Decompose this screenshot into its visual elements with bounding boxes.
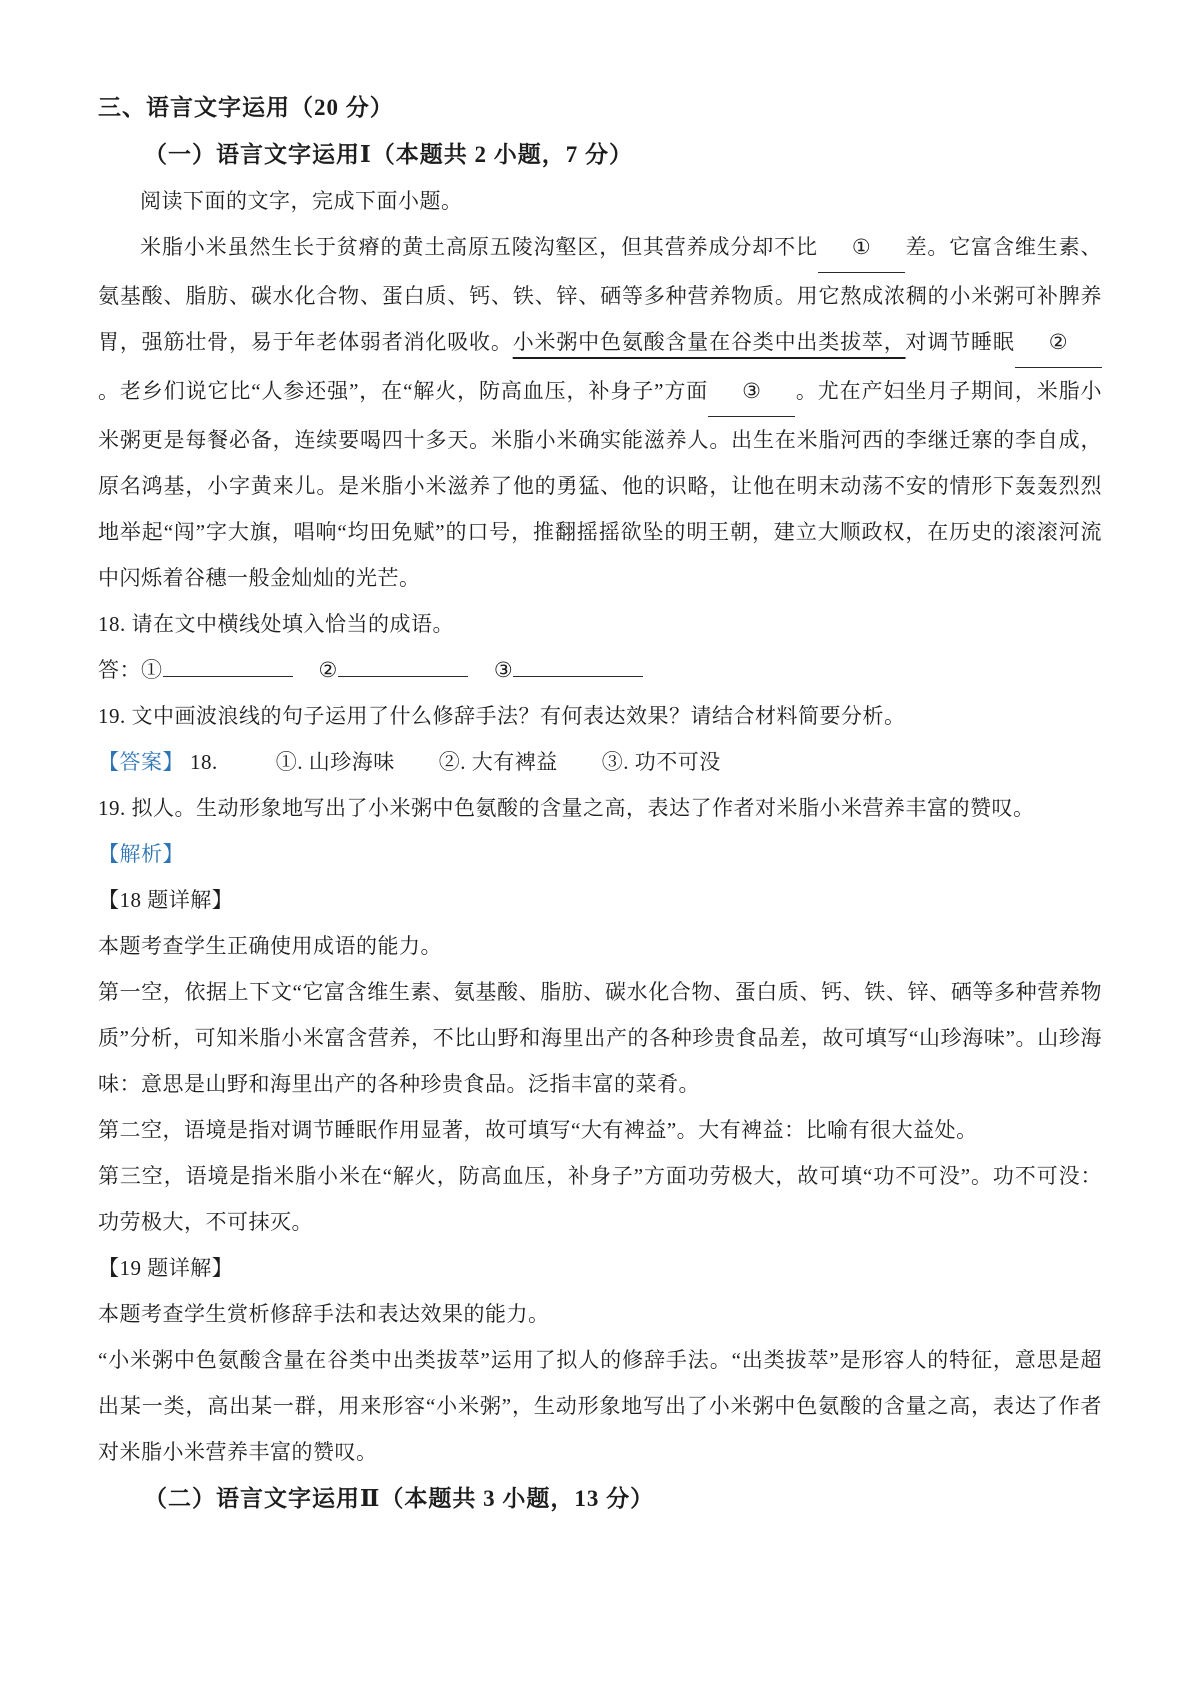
question-19: 19. 文中画波浪线的句子运用了什么修辞手法？有何表达效果？请结合材料简要分析。 bbox=[98, 693, 1102, 739]
detail-18-p1: 本题考查学生正确使用成语的能力。 bbox=[98, 923, 1102, 969]
answer-blank-1-number: ① bbox=[141, 658, 163, 682]
answer-item-1: ①. 山珍海味 bbox=[276, 750, 395, 774]
answer-item-3: ③. 功不可没 bbox=[602, 750, 721, 774]
answer-item-2: ②. 大有裨益 bbox=[439, 750, 558, 774]
passage-seg4: 。老乡们说它比“人参还强”，在“解火，防高血压，补身子”方面 bbox=[98, 379, 708, 403]
detail-18-p3: 第二空，语境是指对调节睡眠作用显著，故可填写“大有裨益”。大有裨益：比喻有很大益… bbox=[98, 1107, 1102, 1153]
analysis-tag: 【解析】 bbox=[98, 831, 1102, 877]
passage-paragraph: 米脂小米虽然生长于贫瘠的黄土高原五陵沟壑区，但其营养成分却不比①差。它富含维生素… bbox=[98, 224, 1102, 601]
detail-19-p1: 本题考查学生赏析修辞手法和表达效果的能力。 bbox=[98, 1291, 1102, 1337]
answer-blank-2: ② bbox=[319, 658, 468, 682]
answer-blanks-row: 答：①②③ bbox=[98, 647, 1102, 693]
passage-seg3: 对调节睡眠 bbox=[906, 330, 1015, 354]
section-heading: 三、语言文字运用（20 分） bbox=[98, 84, 1102, 131]
part1-heading: （一）语言文字运用Ⅰ（本题共 2 小题，7 分） bbox=[98, 131, 1102, 178]
answer-blank-2-line bbox=[338, 671, 468, 677]
passage-seg1: 米脂小米虽然生长于贫瘠的黄土高原五陵沟壑区，但其营养成分却不比 bbox=[140, 235, 818, 259]
answer-line-19: 19. 拟人。生动形象地写出了小米粥中色氨酸的含量之高，表达了作者对米脂小米营养… bbox=[98, 785, 1102, 831]
underlined-sentence: 小米粥中色氨酸含量在谷类中出类拔萃， bbox=[513, 330, 906, 354]
answer-tag: 【答案】 bbox=[98, 750, 184, 774]
document-page: 三、语言文字运用（20 分） （一）语言文字运用Ⅰ（本题共 2 小题，7 分） … bbox=[0, 0, 1200, 1698]
answer-blank-3: ③ bbox=[494, 658, 643, 682]
detail-19-p2: “小米粥中色氨酸含量在谷类中出类拔萃”运用了拟人的修辞手法。“出类拔萃”是形容人… bbox=[98, 1337, 1102, 1475]
answer-blank-3-line bbox=[513, 671, 643, 677]
answer-blank-2-number: ② bbox=[319, 658, 338, 682]
answer-blank-1-line bbox=[163, 671, 293, 677]
answer-blank-1: ① bbox=[141, 658, 293, 682]
answer-blank-3-number: ③ bbox=[494, 658, 513, 682]
answer-line-18: 【答案】18.①. 山珍海味②. 大有裨益③. 功不可没 bbox=[98, 739, 1102, 785]
detail-18-p2: 第一空，依据上下文“它富含维生素、氨基酸、脂肪、碳水化合物、蛋白质、钙、铁、锌、… bbox=[98, 969, 1102, 1107]
answer-18-number: 18. bbox=[190, 750, 218, 774]
passage-intro: 阅读下面的文字，完成下面小题。 bbox=[98, 178, 1102, 224]
blank-1: ① bbox=[818, 224, 905, 273]
circled-number-3: ③ bbox=[742, 379, 761, 403]
circled-number-2: ② bbox=[1049, 330, 1068, 354]
part2-heading: （二）语言文字运用Ⅱ（本题共 3 小题，13 分） bbox=[98, 1475, 1102, 1522]
circled-number-1: ① bbox=[852, 235, 871, 259]
detail-18-title: 【18 题详解】 bbox=[98, 877, 1102, 923]
detail-18-p4: 第三空，语境是指米脂小米在“解火，防高血压，补身子”方面功劳极大，故可填“功不可… bbox=[98, 1153, 1102, 1245]
answer-row-label: 答： bbox=[98, 658, 141, 682]
detail-19-title: 【19 题详解】 bbox=[98, 1245, 1102, 1291]
passage-seg5: 。尤在产妇坐月子期间，米脂小米粥更是每餐必备，连续要喝四十多天。米脂小米确实能滋… bbox=[98, 379, 1102, 590]
blank-2: ② bbox=[1015, 319, 1102, 368]
blank-3: ③ bbox=[708, 368, 795, 417]
question-18: 18. 请在文中横线处填入恰当的成语。 bbox=[98, 601, 1102, 647]
